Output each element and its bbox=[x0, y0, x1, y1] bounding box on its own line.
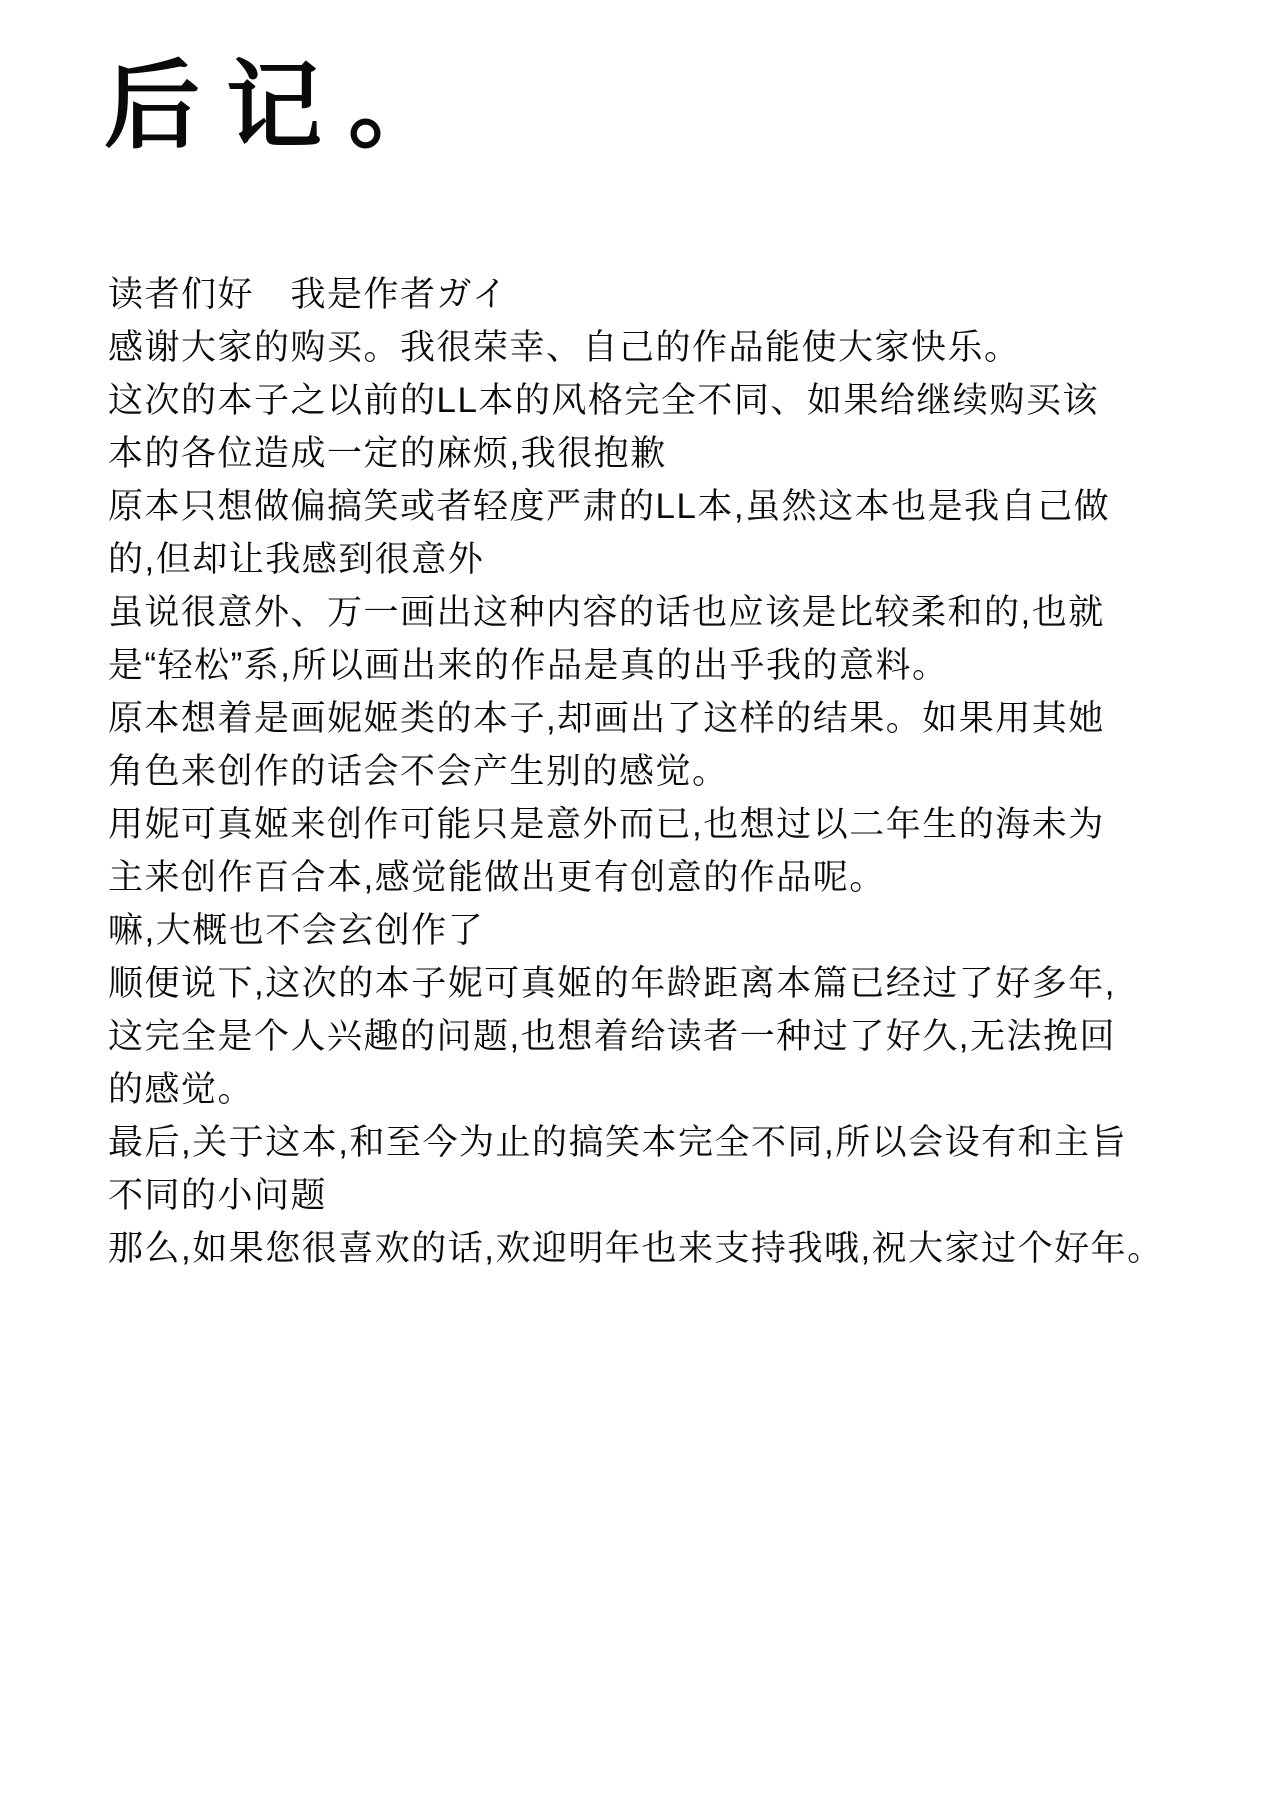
text-line: 顺便说下,这次的本子妮可真姬的年龄距离本篇已经过了好多年, bbox=[108, 957, 1248, 1010]
text-line: 用妮可真姬来创作可能只是意外而已,也想过以二年生的海未为 bbox=[108, 798, 1248, 851]
text-line: 感谢大家的购买。我很荣幸、自己的作品能使大家快乐。 bbox=[108, 321, 1248, 374]
text-line: 本的各位造成一定的麻烦,我很抱歉 bbox=[108, 427, 1248, 480]
text-line: 主来创作百合本,感觉能做出更有创意的作品呢。 bbox=[108, 851, 1248, 904]
text-line: 原本想着是画妮姬类的本子,却画出了这样的结果。如果用其她 bbox=[108, 692, 1248, 745]
text-line: 那么,如果您很喜欢的话,欢迎明年也来支持我哦,祝大家过个好年。 bbox=[108, 1222, 1248, 1275]
text-line: 角色来创作的话会不会产生别的感觉。 bbox=[108, 745, 1248, 798]
text-line: 的,但却让我感到很意外 bbox=[108, 533, 1248, 586]
text-line: 这次的本子之以前的LL本的风格完全不同、如果给继续购买该 bbox=[108, 374, 1248, 427]
text-line: 原本只想做偏搞笑或者轻度严肃的LL本,虽然这本也是我自己做 bbox=[108, 480, 1248, 533]
text-line: 的感觉。 bbox=[108, 1063, 1248, 1116]
text-line: 最后,关于这本,和至今为止的搞笑本完全不同,所以会设有和主旨 bbox=[108, 1116, 1248, 1169]
text-line: 读者们好 我是作者ガイ bbox=[108, 268, 1248, 321]
text-line: 嘛,大概也不会玄创作了 bbox=[108, 904, 1248, 957]
text-line: 虽说很意外、万一画出这种内容的话也应该是比较柔和的,也就 bbox=[108, 586, 1248, 639]
text-line: 是“轻松”系,所以画出来的作品是真的出乎我的意料。 bbox=[108, 639, 1248, 692]
text-line: 不同的小问题 bbox=[108, 1169, 1248, 1222]
page-title: 后记。 bbox=[104, 48, 470, 163]
text-line: 这完全是个人兴趣的问题,也想着给读者一种过了好久,无法挽回 bbox=[108, 1010, 1248, 1063]
afterword-page: 后记。 读者们好 我是作者ガイ感谢大家的购买。我很荣幸、自己的作品能使大家快乐。… bbox=[0, 0, 1280, 1813]
afterword-body: 读者们好 我是作者ガイ感谢大家的购买。我很荣幸、自己的作品能使大家快乐。这次的本… bbox=[108, 268, 1248, 1275]
